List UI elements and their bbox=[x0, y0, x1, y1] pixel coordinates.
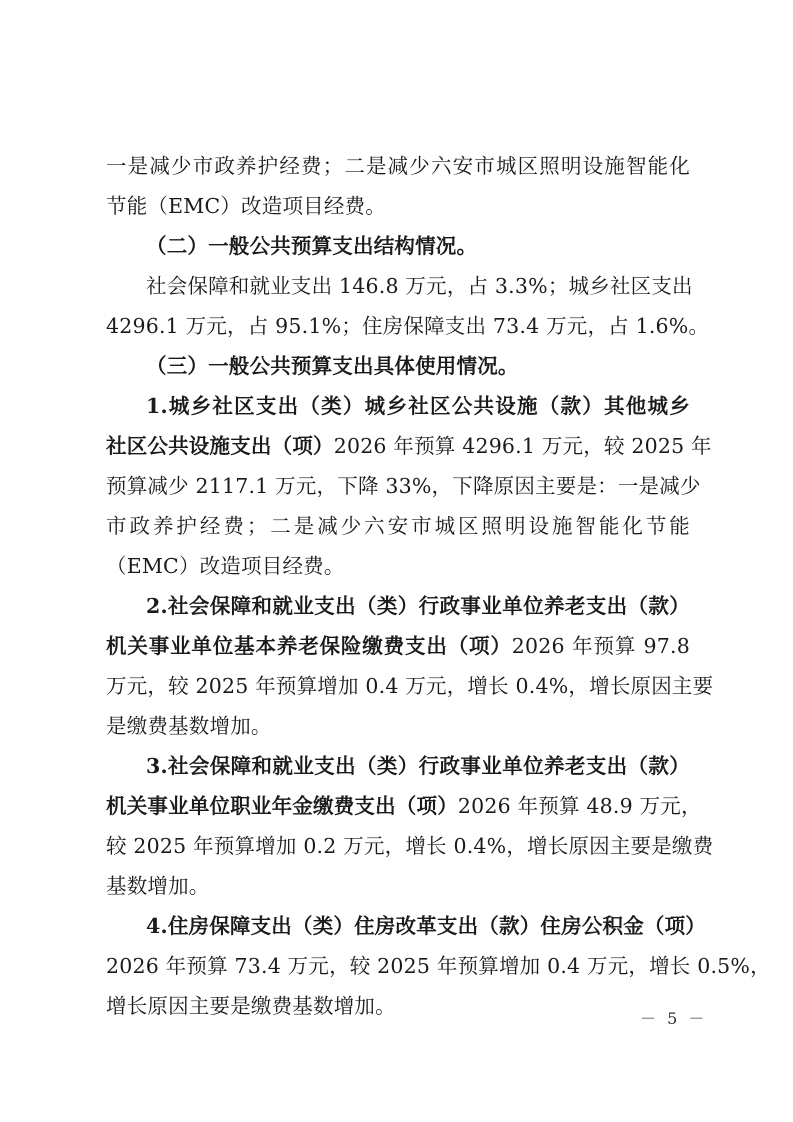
item-title: 社会保障和就业支出（类）行政事业单位养老支出（款） bbox=[168, 594, 690, 618]
paragraph-line: 4296.1 万元，占 95.1%；住房保障支出 73.4 万元，占 1.6%。 bbox=[106, 312, 690, 340]
item-3-line-4: 基数增加。 bbox=[106, 872, 690, 900]
item-title-cont: 社区公共设施支出（项） bbox=[106, 434, 334, 458]
item-1-line-4: 市政养护经费；二是减少六安市城区照明设施智能化节能 bbox=[106, 512, 690, 540]
item-number: 3. bbox=[146, 754, 168, 778]
paragraph-line: 节能（EMC）改造项目经费。 bbox=[106, 192, 690, 220]
item-1-line-2: 社区公共设施支出（项）2026 年预算 4296.1 万元，较 2025 年 bbox=[106, 432, 690, 460]
section-heading: （三）一般公共预算支出具体使用情况。 bbox=[146, 352, 690, 380]
document-page: 一是减少市政养护经费；二是减少六安市城区照明设施智能化 节能（EMC）改造项目经… bbox=[0, 0, 793, 1122]
item-title-cont: 机关事业单位职业年金缴费支出（项） bbox=[106, 794, 458, 818]
item-3-line-2: 机关事业单位职业年金缴费支出（项）2026 年预算 48.9 万元， bbox=[106, 792, 690, 820]
item-3-line-3: 较 2025 年预算增加 0.2 万元，增长 0.4%，增长原因主要是缴费 bbox=[106, 832, 690, 860]
item-2-line-4: 是缴费基数增加。 bbox=[106, 712, 690, 740]
section-heading: （二）一般公共预算支出结构情况。 bbox=[146, 232, 690, 260]
item-number: 2. bbox=[146, 594, 168, 618]
item-2-heading: 2.社会保障和就业支出（类）行政事业单位养老支出（款） bbox=[146, 592, 690, 620]
item-4-heading: 4.住房保障支出（类）住房改革支出（款）住房公积金（项） bbox=[146, 912, 690, 940]
item-4-line-2: 2026 年预算 73.4 万元，较 2025 年预算增加 0.4 万元，增长 … bbox=[106, 952, 690, 980]
item-title: 社会保障和就业支出（类）行政事业单位养老支出（款） bbox=[168, 754, 690, 778]
item-number: 1. bbox=[146, 394, 168, 418]
item-title: 城乡社区支出（类）城乡社区公共设施（款）其他城乡 bbox=[168, 394, 690, 418]
item-text: 2026 年预算 4296.1 万元，较 2025 年 bbox=[334, 434, 712, 458]
item-title-cont: 机关事业单位基本养老保险缴费支出（项） bbox=[106, 634, 512, 658]
paragraph-line: 社会保障和就业支出 146.8 万元，占 3.3%；城乡社区支出 bbox=[146, 272, 690, 300]
item-4-line-3: 增长原因主要是缴费基数增加。 bbox=[106, 992, 690, 1020]
item-2-line-3: 万元，较 2025 年预算增加 0.4 万元，增长 0.4%，增长原因主要 bbox=[106, 672, 690, 700]
paragraph-line: 一是减少市政养护经费；二是减少六安市城区照明设施智能化 bbox=[106, 152, 690, 180]
item-title: 住房保障支出（类）住房改革支出（款）住房公积金（项） bbox=[168, 914, 706, 938]
item-1-line-5: （EMC）改造项目经费。 bbox=[106, 552, 690, 580]
item-number: 4. bbox=[146, 914, 168, 938]
page-number: － 5 － bbox=[640, 1006, 707, 1029]
item-1-line-3: 预算减少 2117.1 万元，下降 33%，下降原因主要是：一是减少 bbox=[106, 472, 690, 500]
item-3-heading: 3.社会保障和就业支出（类）行政事业单位养老支出（款） bbox=[146, 752, 690, 780]
item-text: 2026 年预算 48.9 万元， bbox=[458, 794, 702, 818]
item-1-heading: 1.城乡社区支出（类）城乡社区公共设施（款）其他城乡 bbox=[146, 392, 690, 420]
item-2-line-2: 机关事业单位基本养老保险缴费支出（项）2026 年预算 97.8 bbox=[106, 632, 690, 660]
item-text: 2026 年预算 97.8 bbox=[512, 634, 690, 658]
